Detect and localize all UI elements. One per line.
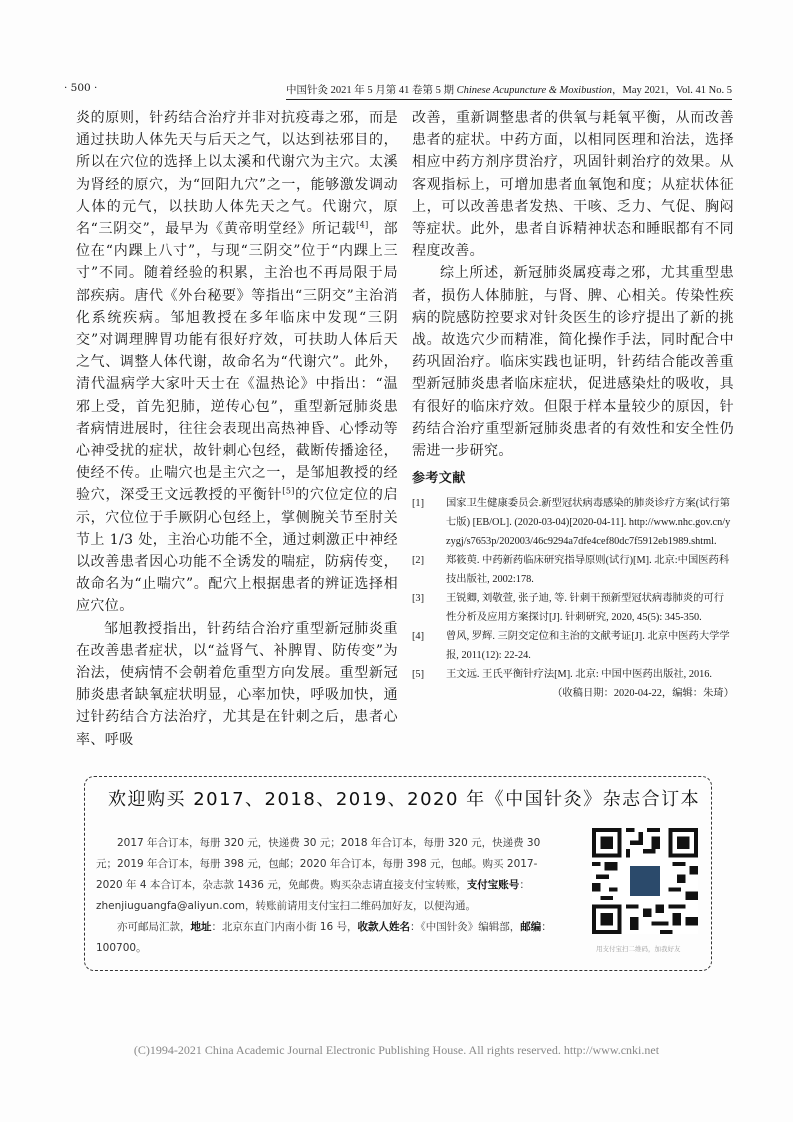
references-heading: 参考文献 — [412, 468, 734, 490]
copyright-footer: (C)1994-2021 China Academic Journal Elec… — [0, 1043, 793, 1058]
page-number: · 500 · — [64, 82, 97, 94]
journal-issue: ，May 2021，Vol. 41 No. 5 — [612, 85, 732, 96]
right-column: 改善，重新调整患者的供氧与耗氧平衡，从而改善患者的症状。中药方面，以相同医理和治… — [412, 107, 734, 703]
reference-item: [3]王锐卿, 刘敬萱, 张子迪, 等. 针刺干预新型冠状病毒肺炎的可行性分析及… — [412, 589, 734, 627]
citation-5[interactable]: [5] — [282, 487, 295, 496]
qr-code-icon[interactable] — [592, 828, 698, 934]
reference-item: [5]王文远. 王氏平衡针疗法[M]. 北京: 中国中医药出版社, 2016. — [412, 665, 734, 684]
body-paragraph: 炎的原则，针药结合治疗并非对抗疫毒之邪，而是通过扶助人体先天与后天之气，以达到祛… — [76, 107, 398, 618]
body-paragraph: 综上所述，新冠肺炎属疫毒之邪，尤其重型患者，损伤人体肺脏，与肾、脾、心相关。传染… — [412, 262, 734, 462]
citation-4[interactable]: [4] — [356, 220, 369, 229]
running-header: · 500 · 中国针灸 2021 年 5 月第 41 卷第 5 期 Chine… — [64, 82, 732, 98]
received-date: （收稿日期：2020-04-22，编辑：朱琦） — [412, 684, 734, 703]
ad-paragraph: 亦可邮局汇款，地址：北京东直门内南小街 16 号，收款人姓名：《中国针灸》编辑部… — [96, 917, 556, 959]
body-paragraph: 邹旭教授指出，针药结合治疗重型新冠肺炎重在改善患者症状，以“益肾气、补脾胃、防传… — [76, 618, 398, 751]
reference-item: [1]国家卫生健康委员会.新型冠状病毒感染的肺炎诊疗方案(试行第七版) [EB/… — [412, 494, 734, 551]
ad-title: 欢迎购买 2017、2018、2019、2020 年《中国针灸》杂志合订本 — [108, 785, 708, 811]
reference-item: [2]郑筱萸. 中药新药临床研究指导原则(试行)[M]. 北京:中国医药科技出版… — [412, 551, 734, 589]
journal-citation-line: 中国针灸 2021 年 5 月第 41 卷第 5 期 Chinese Acupu… — [286, 82, 732, 100]
ad-body: 2017 年合订本，每册 320 元，快递费 30 元；2018 年合订本，每册… — [96, 833, 556, 959]
qr-caption: 用支付宝扫二维码，加我好友 — [596, 944, 681, 953]
body-paragraph: 改善，重新调整患者的供氧与耗氧平衡，从而改善患者的症状。中药方面，以相同医理和治… — [412, 107, 734, 262]
journal-cn: 中国针灸 2021 年 5 月第 41 卷第 5 期 — [286, 85, 457, 96]
ad-paragraph: 2017 年合订本，每册 320 元，快递费 30 元；2018 年合订本，每册… — [96, 833, 556, 917]
left-column: 炎的原则，针药结合治疗并非对抗疫毒之邪，而是通过扶助人体先天与后天之气，以达到祛… — [76, 107, 398, 751]
journal-en: Chinese Acupuncture & Moxibustion — [457, 85, 612, 96]
reference-item: [4]曾风, 罗辉. 三阴交定位和主治的文献考证[J]. 北京中医药大学学报, … — [412, 627, 734, 665]
